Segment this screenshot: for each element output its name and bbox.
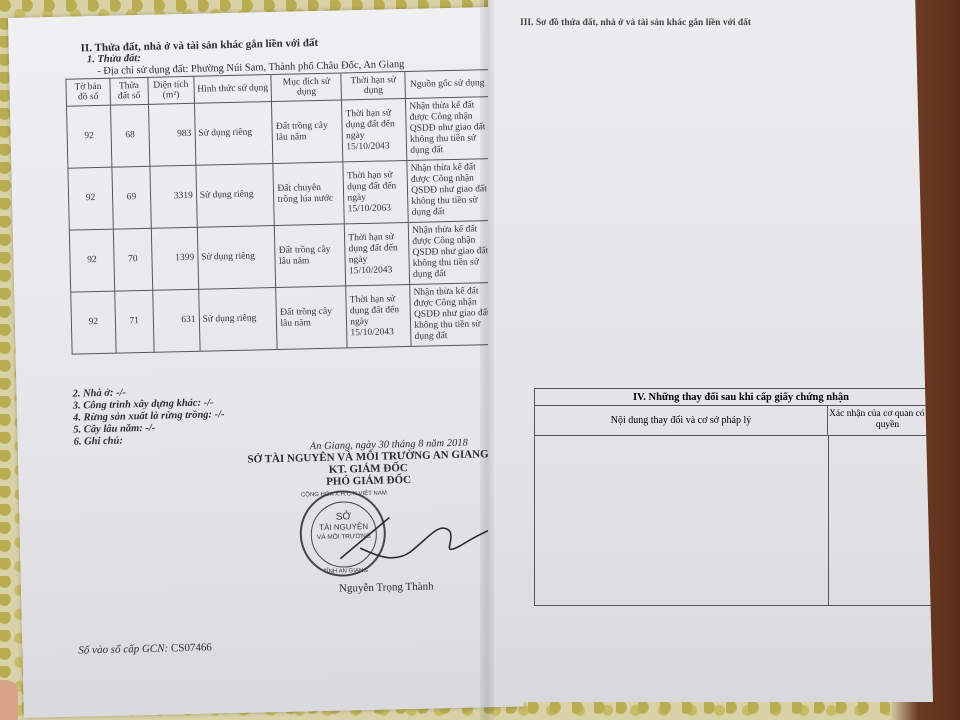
table-row: 92 71 631 Sử dụng riêng Đất trồng cây lâ… — [71, 283, 495, 355]
cell-origin: Nhận thừa kế đất được Công nhận QSDĐ như… — [406, 97, 491, 161]
certificate-right-page: III. Sơ đồ thửa đất, nhà ở và tài sản kh… — [488, 0, 933, 702]
cell-term: Thời hạn sử dụng đất đến ngày 15/10/2043 — [342, 98, 407, 161]
cell-term: Thời hạn sử dụng đất đến ngày 15/10/2043 — [346, 284, 411, 347]
cell-area: 3319 — [150, 165, 197, 228]
registry-number: Số vào sổ cấp GCN: CS07466 — [78, 642, 212, 657]
cell-purpose: Đất trồng cây lâu năm — [272, 100, 343, 164]
table-row: 92 70 1399 Sử dụng riêng Đất trồng cây l… — [69, 221, 493, 293]
cell-parcel: 69 — [112, 166, 151, 229]
seal-ring-top: CỘNG HÒA X.H.C.N VIỆT NAM — [301, 491, 387, 499]
land-parcel-subtitle: 1. Thửa đất: — [87, 53, 141, 65]
header-map-sheet: Tờ bản đồ số — [66, 78, 110, 106]
header-area: Diện tích (m²) — [148, 76, 194, 104]
cell-form: Sử dụng riêng — [198, 287, 277, 351]
header-origin: Nguồn gốc sử dụng — [405, 70, 489, 99]
changes-table-body — [534, 436, 948, 606]
cell-map-sheet: 92 — [69, 229, 114, 292]
header-term: Thời hạn sử dụng — [341, 72, 406, 100]
section-ii-title: II. Thửa đất, nhà ở và tài sản khác gắn … — [81, 37, 319, 54]
cell-parcel: 71 — [115, 290, 154, 353]
column-divider — [828, 436, 829, 605]
cell-purpose: Đất trồng cây lâu năm — [275, 224, 346, 288]
header-change-content: Nội dung thay đổi và cơ sở pháp lý — [534, 406, 828, 436]
cell-purpose: Đất trồng cây lâu năm — [276, 286, 347, 350]
cell-area: 1399 — [151, 227, 198, 290]
cell-map-sheet: 92 — [68, 167, 113, 230]
cell-term: Thời hạn sử dụng đất đến ngày 15/10/2043 — [345, 222, 410, 285]
cell-area: 631 — [153, 289, 200, 352]
cell-parcel: 68 — [110, 104, 149, 167]
other-assets-list: 2. Nhà ở: -/- 3. Công trình xây dựng khá… — [72, 385, 225, 448]
certificate-left-page: II. Thửa đất, nhà ở và tài sản khác gắn … — [8, 7, 524, 718]
cell-form: Sử dụng riêng — [196, 164, 275, 228]
cell-term: Thời hạn sử dụng đất đến ngày 15/10/2063 — [343, 160, 408, 223]
section-iii-title: III. Sơ đồ thửa đất, nhà ở và tài sản kh… — [520, 18, 751, 28]
land-parcel-table: Tờ bản đồ số Thửa đất số Diện tích (m²) … — [65, 69, 495, 355]
page-fold — [480, 0, 494, 720]
item-notes: 6. Ghi chú: — [74, 433, 226, 448]
header-parcel: Thửa đất số — [110, 77, 149, 105]
cell-form: Sử dụng riêng — [194, 102, 273, 166]
cell-map-sheet: 92 — [71, 291, 116, 354]
address-label: - Địa chỉ sử dụng đất: — [97, 64, 188, 77]
registry-value: CS07466 — [171, 642, 212, 655]
section-iv-title: IV. Những thay đổi sau khi cấp giấy chứn… — [534, 388, 948, 406]
header-purpose: Mục đích sử dụng — [271, 73, 341, 102]
header-form: Hình thức sử dụng — [194, 75, 272, 104]
cell-parcel: 70 — [113, 228, 152, 291]
cell-area: 983 — [148, 103, 195, 166]
table-row: 92 69 3319 Sử dụng riêng Đất chuyên trồn… — [68, 159, 492, 231]
signature-block: An Giang, ngày 30 tháng 8 năm 2018 SỞ TÀ… — [238, 437, 499, 490]
table-row: 92 68 983 Sử dụng riêng Đất trồng cây lâ… — [67, 97, 491, 169]
cell-form: Sử dụng riêng — [197, 226, 276, 290]
finger — [0, 680, 18, 720]
registry-label: Số vào sổ cấp GCN: — [78, 643, 168, 657]
cell-map-sheet: 92 — [67, 105, 112, 168]
signer-name: Nguyễn Trọng Thành — [339, 580, 434, 594]
cell-purpose: Đất chuyên trồng lúa nước — [273, 162, 344, 226]
changes-table: IV. Những thay đổi sau khi cấp giấy chứn… — [534, 388, 948, 620]
